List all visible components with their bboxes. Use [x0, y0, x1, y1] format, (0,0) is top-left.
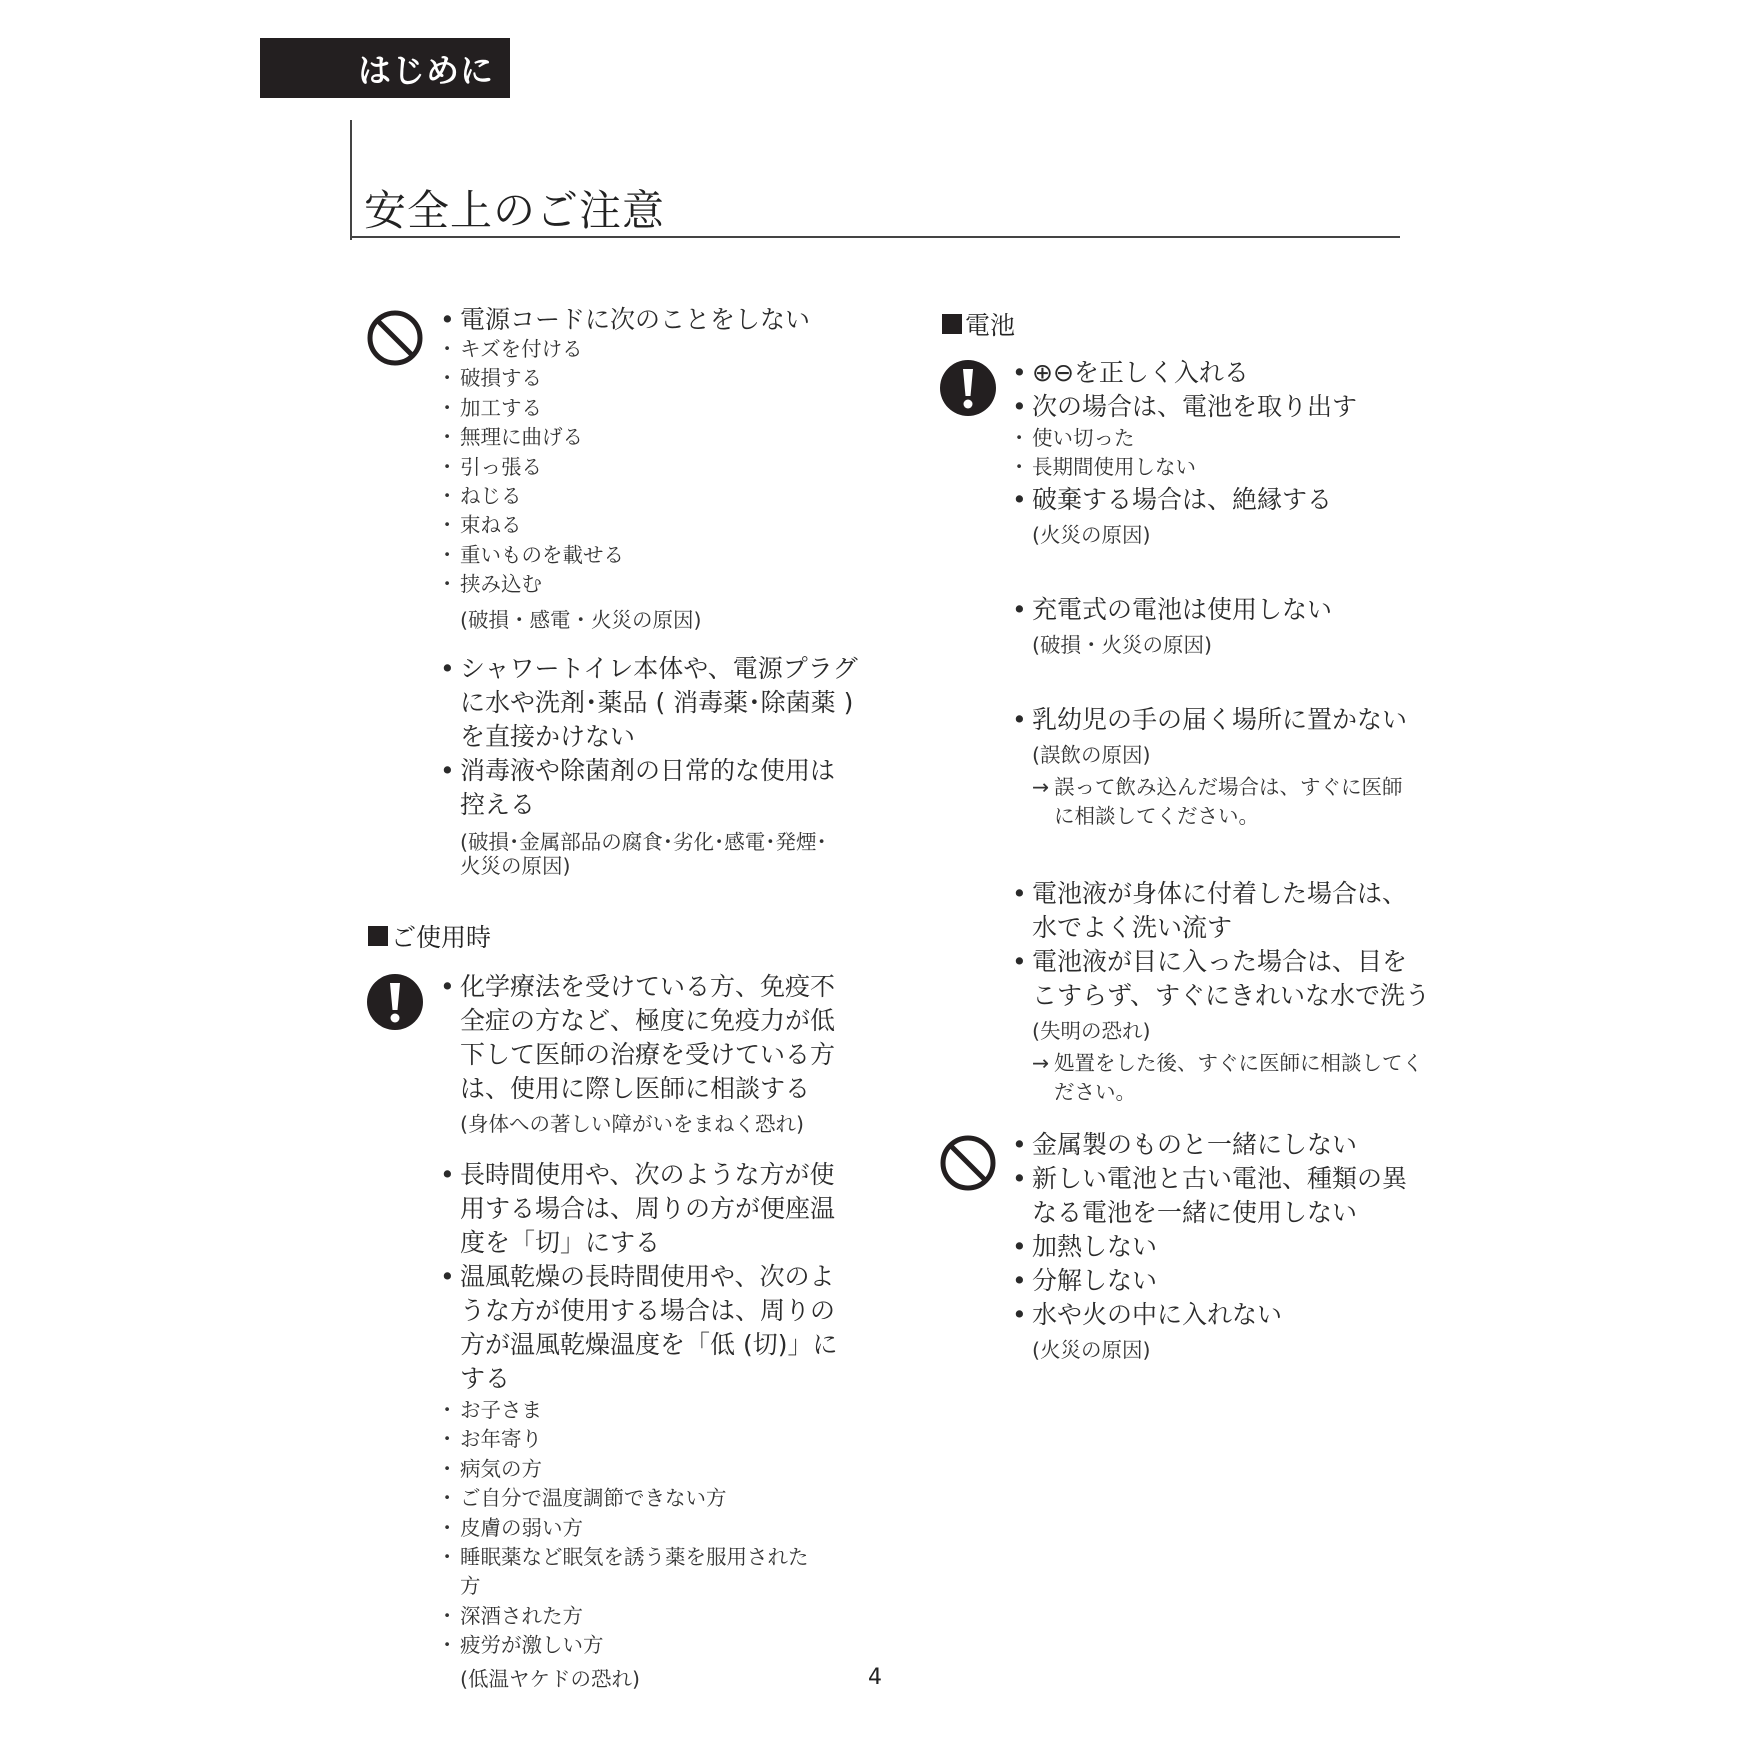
sub-item: ･疲労が激しい方: [440, 1631, 870, 1660]
sub-item: ･お子さま: [440, 1396, 870, 1425]
list-item: • 次の場合は、電池を取り出す: [1012, 390, 1452, 424]
mandatory-action-icon: [938, 358, 998, 418]
cause-note: (失明の恐れ): [1012, 1019, 1452, 1043]
sub-item: ･長期間使用しない: [1012, 453, 1452, 482]
sub-item: ･睡眠薬など眠気を誘う薬を服用された方: [440, 1543, 870, 1602]
battery-prohibitions: • 金属製のものと一緒にしない • 新しい電池と古い電池、種類の異 なる電池を一…: [1012, 1128, 1452, 1362]
sub-item: ･お年寄り: [440, 1425, 870, 1454]
list-item: • ⊕⊖を正しく入れる: [1012, 356, 1452, 390]
list-item: • 長時間使用や、次のような方が使 用する場合は、周りの方が便座温 度を「切」に…: [440, 1158, 870, 1260]
prohibition-icon: [365, 308, 425, 368]
section-heading-use: ご使用時: [368, 918, 491, 954]
cause-note: (低温ヤケドの恐れ): [440, 1667, 870, 1691]
cause-note: (身体への著しい障がいをまねく恐れ): [440, 1112, 870, 1136]
list-item: • シャワートイレ本体や、電源プラグ に水や洗剤･薬品 ( 消毒薬･除菌薬 ) …: [440, 652, 870, 754]
list-item: • 水や火の中に入れない: [1012, 1298, 1452, 1332]
cause-note: (火災の原因): [1012, 1338, 1452, 1362]
sub-item: ･破損する: [440, 364, 860, 393]
usage-warnings: • 化学療法を受けている方、免疫不 全症の方など、極度に免疫力が低 下して医師の…: [440, 970, 870, 1691]
item-text: 電源コードに次のことをしない: [460, 305, 810, 334]
sub-item: ･使い切った: [1012, 424, 1452, 453]
cause-note: (火災の原因): [1012, 523, 1452, 547]
list-item: • 電源コードに次のことをしない: [440, 303, 860, 337]
sub-item: ･ねじる: [440, 482, 860, 511]
sub-list: ･キズを付ける ･破損する ･加工する ･無理に曲げる ･引っ張る ･ねじる ･…: [440, 335, 860, 600]
prohibition-icon: [938, 1133, 998, 1193]
square-marker-icon: [942, 314, 962, 334]
sub-item: ･引っ張る: [440, 453, 860, 482]
advice-note: → 処置をした後、すぐに医師に相談してく ださい。: [1032, 1049, 1452, 1107]
water-chemical-warnings: • シャワートイレ本体や、電源プラグ に水や洗剤･薬品 ( 消毒薬･除菌薬 ) …: [440, 652, 870, 878]
list-item: • 消毒液や除菌剤の日常的な使用は 控える: [440, 754, 870, 822]
sub-item: ･挟み込む: [440, 570, 860, 599]
page-number: 4: [868, 1665, 882, 1690]
chapter-label: はじめに: [358, 45, 494, 92]
list-item: • 分解しない: [1012, 1264, 1452, 1298]
list-item: • 金属製のものと一緒にしない: [1012, 1128, 1452, 1162]
sub-item: ･深酒された方: [440, 1602, 870, 1631]
power-cord-warnings: • 電源コードに次のことをしない ･キズを付ける ･破損する ･加工する ･無理…: [440, 303, 860, 632]
list-item: • 充電式の電池は使用しない: [1012, 593, 1452, 627]
sub-list: ･お子さま ･お年寄り ･病気の方 ･ご自分で温度調節できない方 ･皮膚の弱い方…: [440, 1396, 870, 1661]
cause-note: (破損･金属部品の腐食･劣化･感電･発煙･ 火災の原因): [440, 830, 870, 878]
section-heading-battery: 電池: [942, 306, 1015, 342]
list-item: • 電池液が目に入った場合は、目を こすらず、すぐにきれいな水で洗う: [1012, 945, 1452, 1013]
list-item: • 化学療法を受けている方、免疫不 全症の方など、極度に免疫力が低 下して医師の…: [440, 970, 870, 1106]
list-item: • 新しい電池と古い電池、種類の異 なる電池を一緒に使用しない: [1012, 1162, 1452, 1230]
sub-item: ･皮膚の弱い方: [440, 1514, 870, 1543]
list-item: • 破棄する場合は、絶縁する: [1012, 483, 1452, 517]
sub-item: ･束ねる: [440, 511, 860, 540]
cause-note: (破損・火災の原因): [1012, 633, 1452, 657]
title-underline-rule: [350, 236, 1400, 238]
sub-item: ･病気の方: [440, 1455, 870, 1484]
chapter-tab: はじめに: [260, 38, 510, 98]
sub-item: ･キズを付ける: [440, 335, 860, 364]
page-title: 安全上のご注意: [364, 178, 665, 238]
sub-item: ･加工する: [440, 394, 860, 423]
list-item: • 電池液が身体に付着した場合は、 水でよく洗い流す: [1012, 877, 1452, 945]
sub-item: ･ご自分で温度調節できない方: [440, 1484, 870, 1513]
sub-list: ･使い切った ･長期間使用しない: [1012, 424, 1452, 483]
mandatory-action-icon: [365, 972, 425, 1032]
advice-note: → 誤って飲み込んだ場合は、すぐに医師 に相談してください。: [1032, 773, 1452, 831]
sub-item: ･重いものを載せる: [440, 541, 860, 570]
list-item: • 乳幼児の手の届く場所に置かない: [1012, 703, 1452, 737]
cause-note: (破損・感電・火災の原因): [440, 608, 860, 632]
battery-warnings: • ⊕⊖を正しく入れる • 次の場合は、電池を取り出す ･使い切った ･長期間使…: [1012, 356, 1452, 1107]
sub-item: ･無理に曲げる: [440, 423, 860, 452]
square-marker-icon: [368, 926, 388, 946]
title-vertical-rule: [350, 120, 352, 240]
cause-note: (誤飲の原因): [1012, 743, 1452, 767]
list-item: • 加熱しない: [1012, 1230, 1452, 1264]
list-item: • 温風乾燥の長時間使用や、次のよ うな方が使用する場合は、周りの 方が温風乾燥…: [440, 1260, 870, 1396]
